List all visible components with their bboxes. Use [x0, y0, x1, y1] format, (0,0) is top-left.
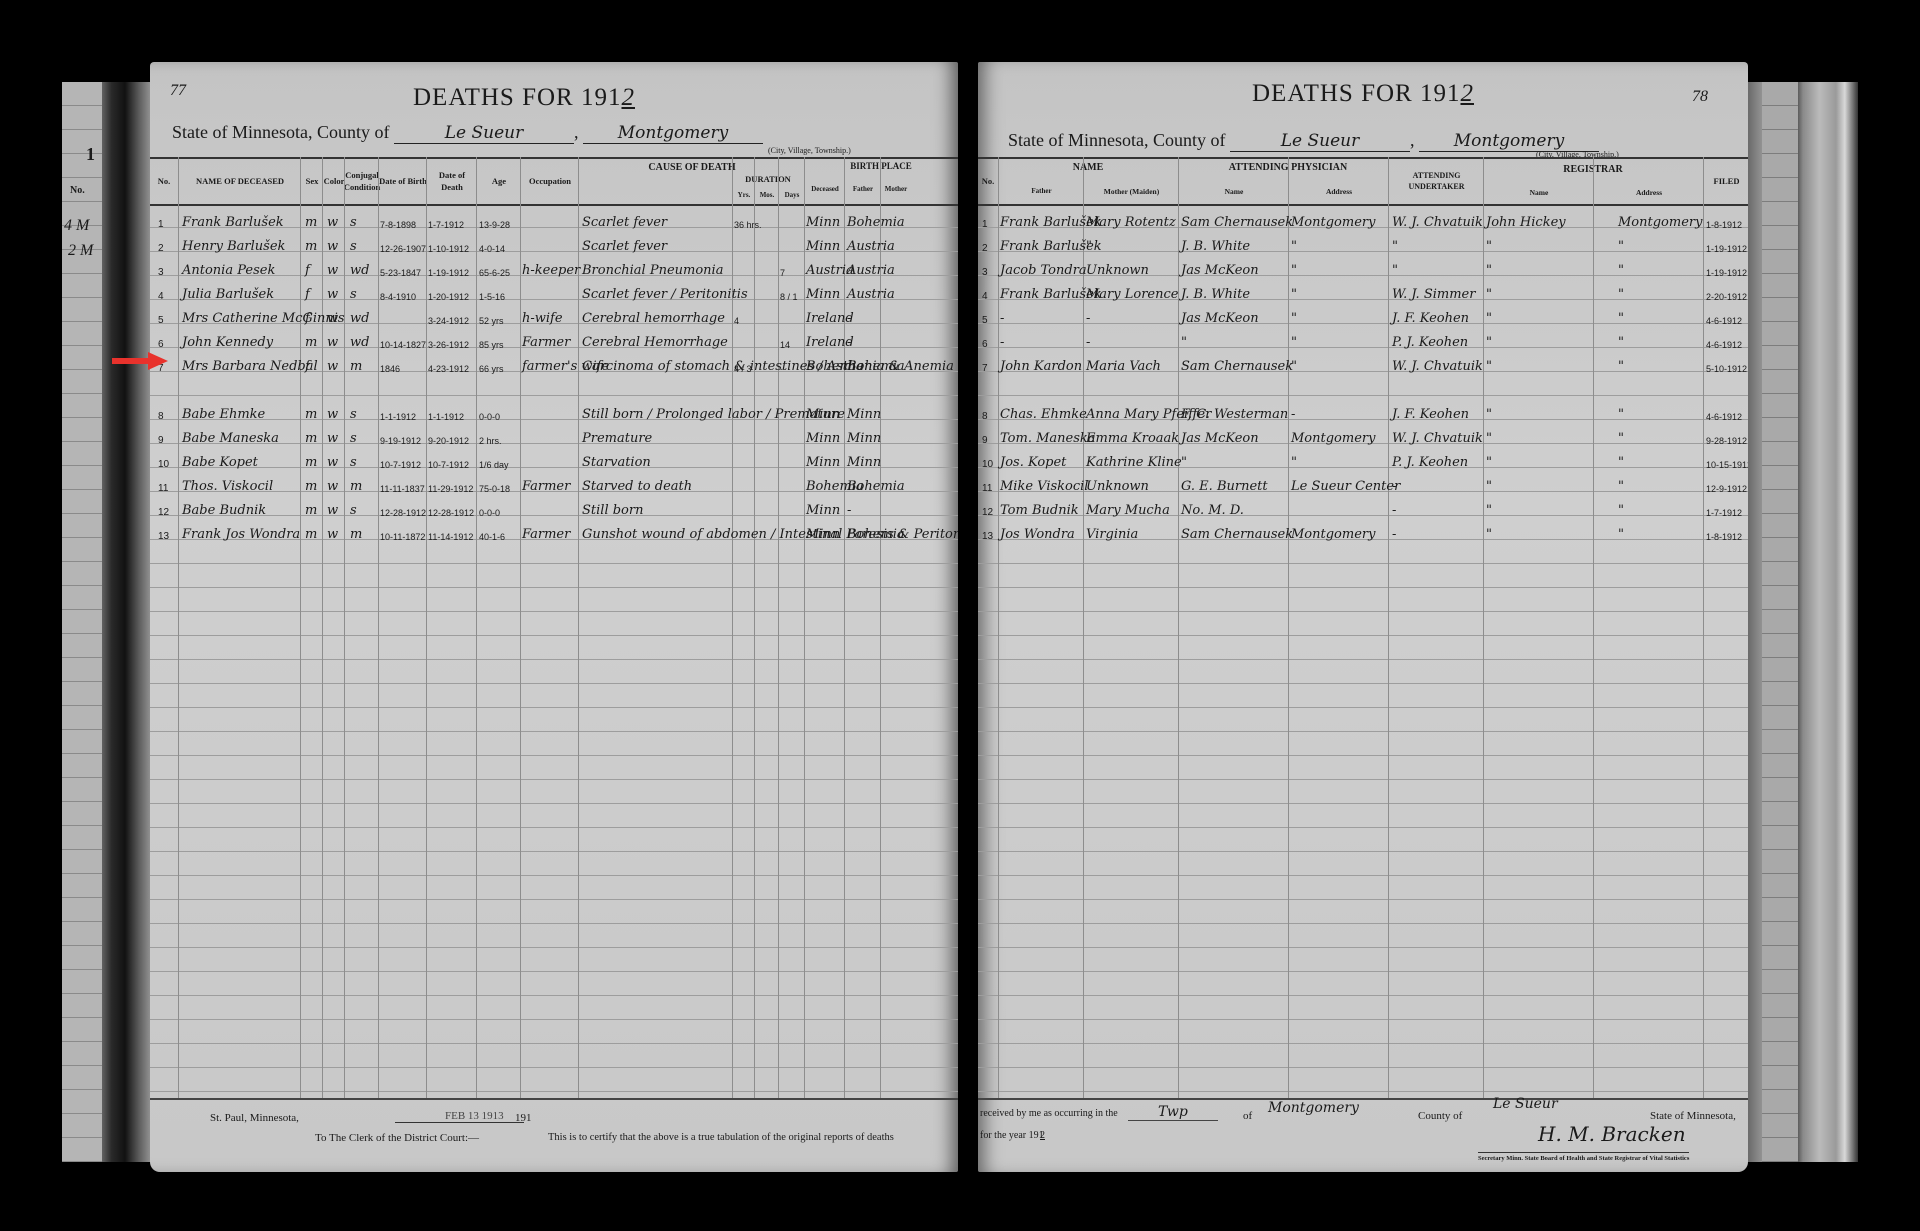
deceased-name: Babe Maneska [182, 431, 279, 446]
undertaker: - [1392, 479, 1396, 494]
physician-address: - [1291, 407, 1295, 422]
color: w [327, 311, 338, 326]
date-of-death: 1-10-1912 [428, 244, 469, 254]
table-row: 6John Kennedymwwd10-14-18273-26-191285 y… [150, 332, 958, 356]
registrar-address: " [1618, 503, 1624, 518]
row-number: 8 [982, 411, 988, 422]
undertaker: J. F. Keohen [1392, 311, 1469, 326]
header-conjugal: Conjugal Condition [344, 159, 379, 204]
header-phys-name: Name [1178, 179, 1289, 204]
margin-mark: 2 M [68, 242, 93, 260]
date-of-death: 1-20-1912 [428, 292, 469, 302]
physician-name: G. E. Burnett [1181, 479, 1268, 494]
physician-name: Jas McKeon [1181, 263, 1259, 278]
sex: m [305, 503, 317, 518]
conjugal-condition: s [350, 287, 357, 302]
registrar-address: " [1618, 407, 1624, 422]
header-dob: Date of Birth [378, 159, 427, 204]
table-row: 1Frank Barlušekmws7-8-18981-7-191213-9-2… [150, 212, 958, 236]
header-filed: FILED [1703, 159, 1748, 204]
deceased-name: Frank Jos Wondra [182, 527, 300, 542]
mother-maiden-name: Maria Vach [1086, 359, 1161, 374]
physician-name: Sam Chernausek [1181, 359, 1293, 374]
father-name: Tom. Maneska [1000, 431, 1096, 446]
birthplace-deceased: Minn [806, 527, 840, 542]
physician-name: Jas McKeon [1181, 311, 1259, 326]
header-bp-father: Father [844, 175, 881, 204]
filed-date: 1-7-1912 [1706, 508, 1742, 518]
table-row: 6--""P. J. Keohen""4-6-1912 [978, 332, 1748, 356]
deceased-name: Henry Barlušek [182, 239, 285, 254]
birthplace-father: Austria [847, 287, 895, 302]
undertaker: W. J. Simmer [1392, 287, 1475, 302]
row-number: 4 [158, 291, 164, 302]
date-of-death: 11-14-1912 [428, 532, 473, 542]
mother-maiden-name: Mary Rotentz [1086, 215, 1176, 230]
age: 0-0-0 [479, 412, 500, 422]
color: w [327, 479, 338, 494]
sex: m [305, 455, 317, 470]
date-of-birth: 10-11-1872 [380, 532, 425, 542]
left-page: 77 DEATHS FOR 1912 State of Minnesota, C… [150, 62, 958, 1172]
date-of-death: 3-24-1912 [428, 316, 469, 326]
undertaker: W. J. Chvatuik [1392, 359, 1483, 374]
registrar-name: " [1486, 335, 1492, 350]
birthplace-father: - [847, 503, 851, 518]
table-row: 11Thos. Viskocilmwm11-11-183711-29-19127… [150, 476, 958, 500]
father-name: Jacob Tondra [1000, 263, 1087, 278]
age: 75-0-18 [479, 484, 510, 494]
duration-days: 7 [780, 268, 785, 278]
date-of-birth: 1-1-1912 [380, 412, 416, 422]
date-of-death: 10-7-1912 [428, 460, 469, 470]
father-name: Jos. Kopet [1000, 455, 1066, 470]
occupation: Farmer [522, 527, 570, 542]
row-number: 3 [982, 267, 988, 278]
sex: f [305, 359, 310, 374]
header-sex: Sex [300, 159, 323, 204]
mother-maiden-name: - [1086, 311, 1090, 326]
mother-maiden-name: Emma Kroaak [1086, 431, 1179, 446]
father-name: - [1000, 311, 1004, 326]
deceased-name: Babe Kopet [182, 455, 258, 470]
date-of-death: 12-28-1912 [428, 508, 474, 518]
column-headers: No. NAME Father Mother (Maiden) ATTENDIN… [978, 157, 1748, 206]
physician-name: No. M. D. [1181, 503, 1244, 518]
row-number: 1 [158, 219, 164, 230]
conjugal-condition: m [350, 479, 362, 494]
header-phys-addr: Address [1288, 179, 1389, 204]
filed-date: 1-8-1912 [1706, 532, 1742, 542]
row-number: 7 [982, 363, 988, 374]
township-value: Montgomery [583, 123, 763, 144]
age: 52 yrs [479, 316, 504, 326]
undertaker: W. J. Chvatuik [1392, 431, 1483, 446]
date-of-birth: 10-14-1827 [380, 340, 426, 350]
birthplace-father: Austria [847, 239, 895, 254]
mother-maiden-name: Unknown [1086, 263, 1149, 278]
header-bp-deceased: Deceased [804, 175, 845, 204]
father-name: Tom Budnik [1000, 503, 1079, 518]
father-name: - [1000, 335, 1004, 350]
township-value: Montgomery [1419, 131, 1599, 152]
row-number: 12 [158, 507, 169, 518]
table-row: 9Tom. ManeskaEmma KroaakJas McKeonMontgo… [978, 428, 1748, 452]
sex: m [305, 527, 317, 542]
duration: 36 hrs. [734, 220, 762, 230]
color: w [327, 527, 338, 542]
registrar-address: " [1618, 263, 1624, 278]
header-reg-name: Name [1483, 181, 1594, 204]
header-occupation: Occupation [520, 159, 579, 204]
duration-days: 14 [780, 340, 790, 350]
date-of-birth: 11-11-1837 [380, 484, 425, 494]
age: 40-1-6 [479, 532, 505, 542]
undertaker: P. J. Keohen [1392, 455, 1468, 470]
age: 13-9-28 [479, 220, 510, 230]
cause-of-death: Premature [582, 431, 652, 446]
mother-maiden-name: " [1086, 239, 1092, 254]
table-row: 5Mrs Catherine McGinnisfwwd3-24-191252 y… [150, 308, 958, 332]
sex: f [305, 287, 310, 302]
birthplace-deceased: Minn [806, 215, 840, 230]
registrar-name: " [1486, 287, 1492, 302]
row-number: 1 [982, 219, 988, 230]
birthplace-deceased: Minn [806, 407, 840, 422]
registrar-name: " [1486, 431, 1492, 446]
occupation: h-keeper [522, 263, 580, 278]
header-days: Days [778, 187, 805, 204]
conjugal-condition: s [350, 431, 357, 446]
conjugal-condition: s [350, 239, 357, 254]
registrar-address: " [1618, 335, 1624, 350]
received-stamp: FEB 13 1913 [395, 1110, 524, 1123]
birthplace-father: Bohemia [847, 479, 905, 494]
age: 4-0-14 [479, 244, 505, 254]
cause-of-death: Cerebral hemorrhage [582, 311, 725, 326]
row-number: 10 [982, 459, 993, 470]
date-of-birth: 5-23-1847 [380, 268, 421, 278]
physician-address: " [1291, 239, 1297, 254]
previous-page-no-label: No. [70, 185, 85, 196]
birthplace-father: - [847, 311, 851, 326]
registrar-address: " [1618, 359, 1624, 374]
table-row: 13Jos WondraVirginiaSam ChernausekMontgo… [978, 524, 1748, 548]
physician-address: " [1291, 311, 1297, 326]
physician-address: Montgomery [1291, 215, 1375, 230]
table-row: 4Frank BarlušekMary LorenceJ. B. White"W… [978, 284, 1748, 308]
previous-page-strip: 1 No. 4 M 2 M [62, 82, 102, 1162]
filed-date: 1-19-1912 [1706, 268, 1747, 278]
birthplace-deceased: Minn [806, 455, 840, 470]
header-bp-mother: Mother [880, 175, 911, 204]
registrar-name: " [1486, 407, 1492, 422]
sex: m [305, 239, 317, 254]
header-no: No. [150, 159, 178, 204]
color: w [327, 431, 338, 446]
conjugal-condition: s [350, 215, 357, 230]
duration-days: 8 / 1 [780, 292, 798, 302]
physician-name: J. B. White [1181, 287, 1250, 302]
filed-date: 4-6-1912 [1706, 316, 1742, 326]
duration: 4 [734, 316, 739, 326]
table-row: 4Julia Barlušekfws8-4-19101-20-19121-5-1… [150, 284, 958, 308]
state-county-line: State of Minnesota, County of Le Sueur, … [172, 122, 763, 144]
row-number: 12 [982, 507, 993, 518]
header-duration: DURATION [732, 174, 804, 184]
conjugal-condition: m [350, 527, 362, 542]
age: 1/6 day [479, 460, 509, 470]
header-name: NAME OF DECEASED [178, 159, 301, 204]
cause-of-death: Bronchial Pneumonia [582, 263, 723, 278]
page-title: DEATHS FOR 1912 [978, 80, 1748, 108]
right-footer: received by me as occurring in the Twp o… [978, 1098, 1748, 1172]
filed-date: 4-6-1912 [1706, 412, 1742, 422]
date-of-birth: 7-8-1898 [380, 220, 416, 230]
registrar-name: " [1486, 455, 1492, 470]
date-of-death: 1-1-1912 [428, 412, 464, 422]
date-of-birth: 1846 [380, 364, 400, 374]
signature: H. M. Bracken [1538, 1122, 1686, 1146]
physician-address: Montgomery [1291, 431, 1375, 446]
column-headers: No. NAME OF DECEASED Sex Color Conjugal … [150, 157, 958, 206]
right-page-edge [1748, 82, 1858, 1162]
left-footer: St. Paul, Minnesota, FEB 13 1913 191 To … [150, 1098, 958, 1172]
registrar-name: " [1486, 527, 1492, 542]
undertaker: " [1392, 239, 1398, 254]
deceased-name: Frank Barlušek [182, 215, 284, 230]
registrar-address: " [1618, 287, 1624, 302]
sex: f [305, 263, 310, 278]
date-of-death: 1-7-1912 [428, 220, 464, 230]
age: 85 yrs [479, 340, 504, 350]
next-page-strip [1762, 82, 1798, 1162]
registrar-name: John Hickey [1486, 215, 1566, 230]
birthplace-father: Bohemia [847, 359, 905, 374]
row-number: 6 [982, 339, 988, 350]
deceased-name: Julia Barlušek [182, 287, 274, 302]
birthplace-father: Austria [847, 263, 895, 278]
filed-date: 1-19-1912 [1706, 244, 1747, 254]
registrar-name: " [1486, 479, 1492, 494]
birthplace-deceased: Minn [806, 239, 840, 254]
row-number: 2 [158, 243, 164, 254]
undertaker: - [1392, 503, 1396, 518]
birthplace-father: Minn [847, 431, 881, 446]
previous-page-number: 1 [86, 144, 95, 165]
cause-of-death: Scarlet fever [582, 239, 667, 254]
age: 2 hrs. [479, 436, 502, 446]
red-arrow-icon [112, 352, 168, 370]
registrar-address: " [1618, 527, 1624, 542]
table-row: 5--Jas McKeon"J. F. Keohen""4-6-1912 [978, 308, 1748, 332]
header-age: Age [476, 159, 521, 204]
header-mother: Mother (Maiden) [1083, 179, 1179, 204]
table-row: 3Jacob TondraUnknownJas McKeon""""1-19-1… [978, 260, 1748, 284]
date-of-death: 9-20-1912 [428, 436, 469, 446]
mother-maiden-name: Virginia [1086, 527, 1138, 542]
table-row: 1Frank BarlušekMary RotentzSam Chernause… [978, 212, 1748, 236]
header-yrs: Yrs. [732, 187, 755, 204]
table-row: 11Mike ViskocilUnknownG. E. BurnettLe Su… [978, 476, 1748, 500]
registrar-address: " [1618, 239, 1624, 254]
cvt-label: (City, Village, Township.) [768, 146, 851, 155]
row-number: 11 [982, 483, 992, 494]
age: 66 yrs [479, 364, 504, 374]
county-value: Le Sueur [1230, 131, 1410, 152]
physician-address: " [1291, 287, 1297, 302]
conjugal-condition: wd [350, 263, 369, 278]
row-number: 9 [158, 435, 164, 446]
date-of-birth: 12-28-1912 [380, 508, 426, 518]
occupation: h-wife [522, 311, 563, 326]
color: w [327, 263, 338, 278]
margin-mark: 4 M [64, 217, 89, 235]
header-no: No. [978, 159, 998, 204]
table-row: 12Tom BudnikMary MuchaNo. M. D.-""1-7-19… [978, 500, 1748, 524]
row-number: 11 [158, 483, 168, 494]
sex: m [305, 407, 317, 422]
mother-maiden-name: Mary Lorence [1086, 287, 1178, 302]
filed-date: 5-10-1912 [1706, 364, 1747, 374]
color: w [327, 407, 338, 422]
header-father: Father [998, 179, 1084, 204]
physician-address: Le Sueur Center [1291, 479, 1400, 494]
registrar-address: Montgomery [1618, 215, 1702, 230]
date-of-birth: 10-7-1912 [380, 460, 421, 470]
color: w [327, 287, 338, 302]
date-of-birth: 8-4-1910 [380, 292, 416, 302]
row-number: 9 [982, 435, 988, 446]
date-of-death: 3-26-1912 [428, 340, 469, 350]
birthplace-deceased: Minn [806, 503, 840, 518]
table-row: 2Henry Barlušekmws12-26-19071-10-19124-0… [150, 236, 958, 260]
age: 0-0-0 [479, 508, 500, 518]
mother-maiden-name: Unknown [1086, 479, 1149, 494]
ledger-book: 1 No. 4 M 2 M 77 DEATHS FOR 1912 State o… [0, 0, 1920, 1231]
table-row: 8Chas. EhmkeAnna Mary PfeifferF. C. West… [978, 404, 1748, 428]
color: w [327, 359, 338, 374]
cause-of-death: Scarlet fever / Peritonitis [582, 287, 748, 302]
county-value: Le Sueur [394, 123, 574, 144]
row-number: 13 [158, 531, 169, 542]
header-dod: Date of Death [426, 159, 477, 204]
registrar-address: " [1618, 455, 1624, 470]
conjugal-condition: s [350, 503, 357, 518]
birthplace-father: Minn [847, 407, 881, 422]
date-of-death: 11-29-1912 [428, 484, 473, 494]
registrar-name: " [1486, 311, 1492, 326]
registrar-address: " [1618, 479, 1624, 494]
father-name: Mike Viskocil [1000, 479, 1088, 494]
color: w [327, 503, 338, 518]
registrar-name: " [1486, 263, 1492, 278]
color: w [327, 335, 338, 350]
table-row: 7Mrs Barbara Nedbalfwm18464-23-191266 yr… [150, 356, 958, 380]
birthplace-father: - [847, 335, 851, 350]
undertaker: W. J. Chvatuik [1392, 215, 1483, 230]
mother-maiden-name: - [1086, 335, 1090, 350]
mother-maiden-name: Kathrine Kline [1086, 455, 1182, 470]
color: w [327, 239, 338, 254]
filed-date: 10-15-1912 [1706, 460, 1748, 470]
birthplace-father: Bohemia [847, 527, 905, 542]
cause-of-death: Starvation [582, 455, 651, 470]
cause-of-death: Starved to death [582, 479, 692, 494]
filed-date: 4-6-1912 [1706, 340, 1742, 350]
table-row: 9Babe Maneskamws9-19-19129-20-19122 hrs.… [150, 428, 958, 452]
undertaker: J. F. Keohen [1392, 407, 1469, 422]
conjugal-condition: s [350, 455, 357, 470]
table-row: 2Frank Barlušek"J. B. White""""1-19-1912 [978, 236, 1748, 260]
filed-date: 9-28-1912 [1706, 436, 1747, 446]
row-number: 5 [982, 315, 988, 326]
conjugal-condition: s [350, 407, 357, 422]
mother-maiden-name: Mary Mucha [1086, 503, 1170, 518]
deceased-name: Mrs Catherine McGinnis [182, 311, 345, 326]
physician-address: " [1291, 335, 1297, 350]
color: w [327, 455, 338, 470]
page-title: DEATHS FOR 1912 [150, 84, 928, 112]
row-number: 13 [982, 531, 993, 542]
row-number: 4 [982, 291, 988, 302]
age: 1-5-16 [479, 292, 505, 302]
registrar-name: " [1486, 359, 1492, 374]
header-color: Color [322, 159, 345, 204]
deceased-name: Babe Ehmke [182, 407, 265, 422]
age: 65-6-25 [479, 268, 510, 278]
deceased-name: Mrs Barbara Nedbal [182, 359, 318, 374]
header-name: NAME [998, 162, 1178, 173]
deceased-name: Thos. Viskocil [182, 479, 273, 494]
physician-address: Montgomery [1291, 527, 1375, 542]
header-birthplace: BIRTH PLACE [804, 161, 958, 171]
sex: m [305, 215, 317, 230]
physician-name: " [1181, 455, 1187, 470]
sex: m [305, 479, 317, 494]
row-number: 3 [158, 267, 164, 278]
birthplace-deceased: Minn [806, 287, 840, 302]
cause-of-death: Scarlet fever [582, 215, 667, 230]
physician-name: Jas McKeon [1181, 431, 1259, 446]
deceased-name: Antonia Pesek [182, 263, 275, 278]
row-number: 8 [158, 411, 164, 422]
header-mos: Mos. [754, 187, 779, 204]
father-name: Jos Wondra [1000, 527, 1075, 542]
conjugal-condition: wd [350, 335, 369, 350]
physician-name: F. C. Westerman [1181, 407, 1288, 422]
sex: m [305, 431, 317, 446]
table-row: 10Jos. KopetKathrine Kline""P. J. Keohen… [978, 452, 1748, 476]
table-row: 12Babe Budnikmws12-28-191212-28-19120-0-… [150, 500, 958, 524]
filed-date: 2-20-1912 [1706, 292, 1747, 302]
date-of-birth: 12-26-1907 [380, 244, 426, 254]
birthplace-father: Minn [847, 455, 881, 470]
deceased-name: Babe Budnik [182, 503, 266, 518]
filed-date: 12-9-1912 [1706, 484, 1747, 494]
table-row: 3Antonia Pesekfwwd5-23-18471-19-191265-6… [150, 260, 958, 284]
table-row: 7John KardonMaria VachSam Chernausek"W. … [978, 356, 1748, 380]
undertaker: P. J. Keohen [1392, 335, 1468, 350]
conjugal-condition: m [350, 359, 362, 374]
conjugal-condition: wd [350, 311, 369, 326]
sex: f [305, 311, 310, 326]
undertaker: " [1392, 263, 1398, 278]
left-page-edge: 1 No. 4 M 2 M [62, 82, 152, 1162]
header-undertaker: ATTENDING UNDERTAKER [1388, 159, 1484, 204]
date-of-death: 1-19-1912 [428, 268, 469, 278]
table-row: 13Frank Jos Wondramwm10-11-187211-14-191… [150, 524, 958, 548]
